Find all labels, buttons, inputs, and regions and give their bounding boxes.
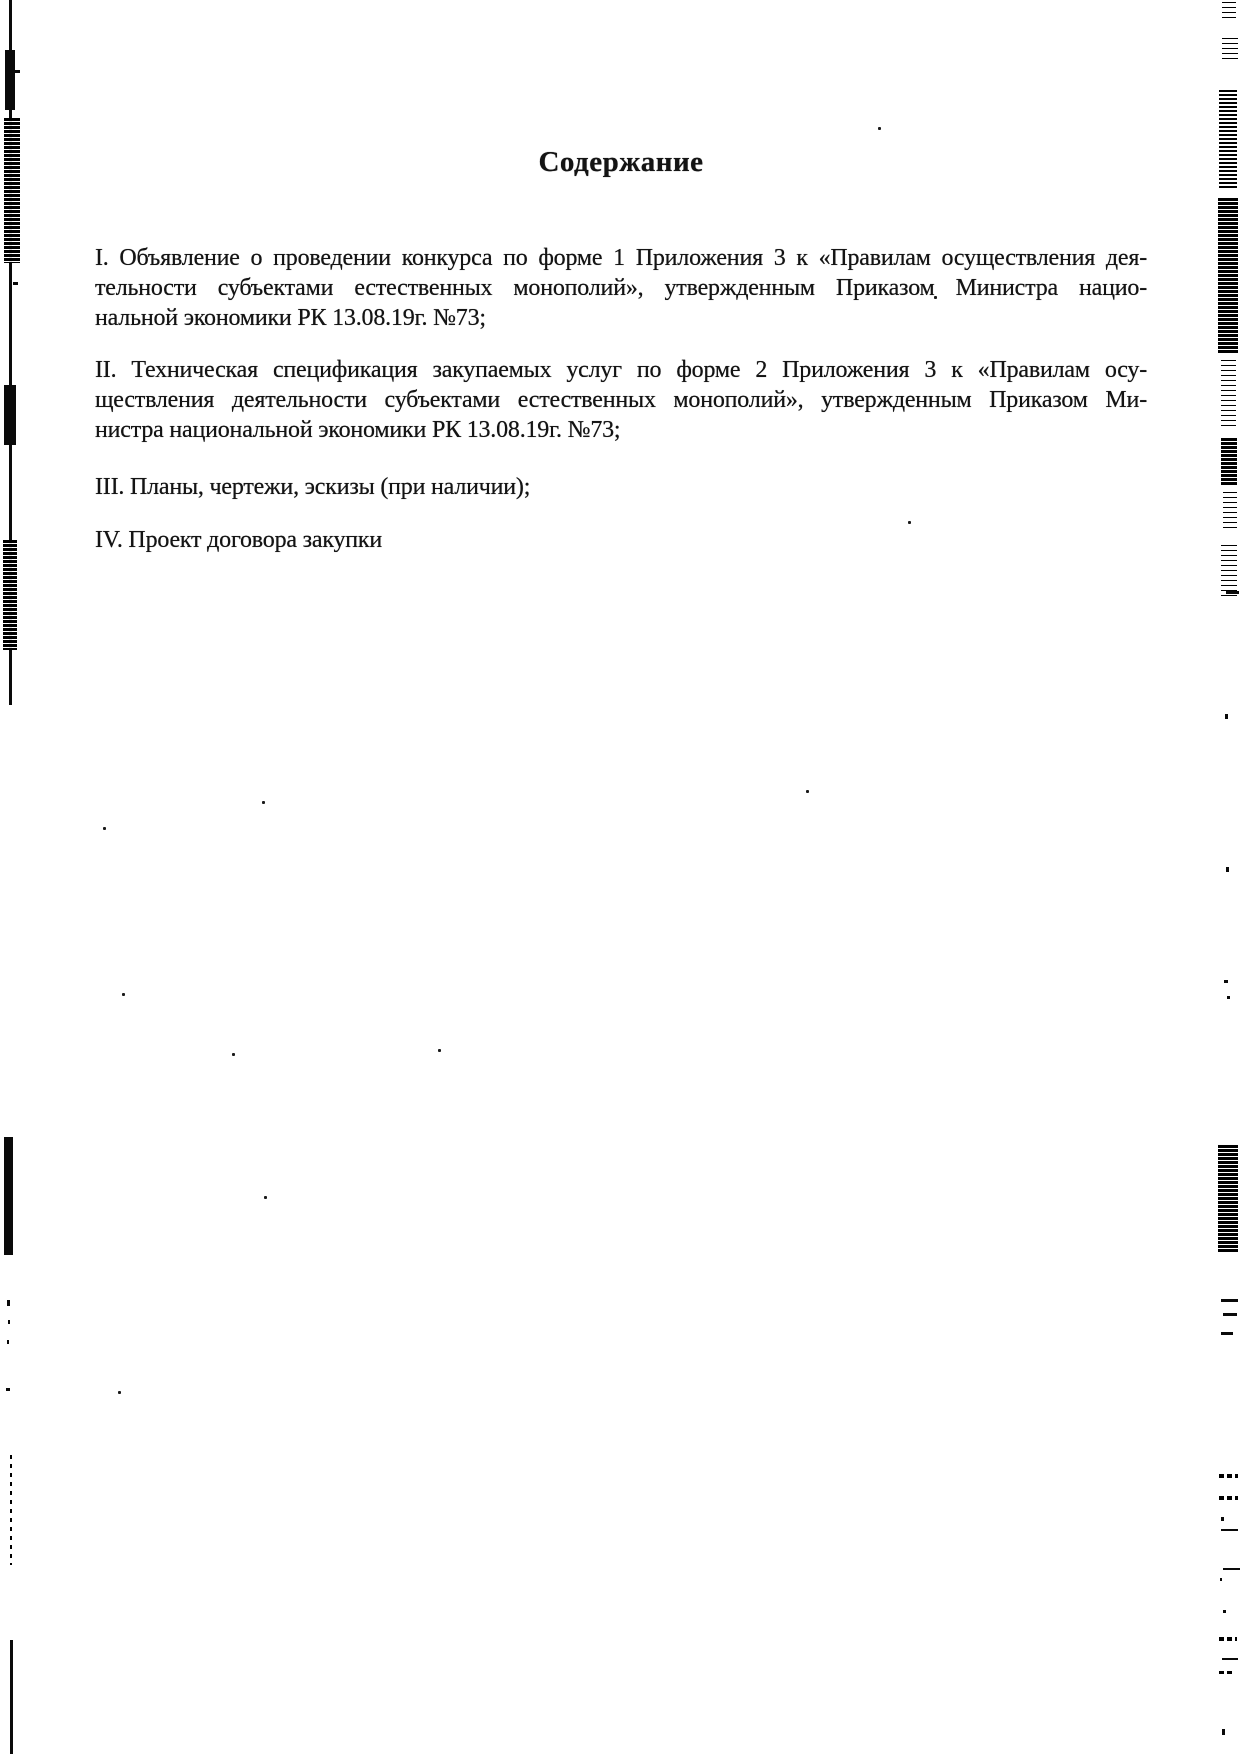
toc-item-1-line-3: нальной экономики РК 13.08.19г. №73; bbox=[95, 303, 1147, 333]
scan-artifact-dot bbox=[1222, 1729, 1225, 1735]
scan-artifact-left-blob bbox=[4, 385, 16, 445]
scan-artifact-right-barcode-large bbox=[1218, 1145, 1238, 1253]
scan-artifact-left-blob bbox=[5, 50, 15, 110]
toc-item-3: III. Планы, чертежи, эскизы (при наличии… bbox=[95, 472, 1147, 502]
scan-artifact-left-dashed-line bbox=[10, 1455, 12, 1565]
scan-artifact-dash bbox=[1221, 1332, 1233, 1335]
toc-item-4: IV. Проект договора закупки bbox=[95, 525, 1147, 555]
toc-item-3-line-1: III. Планы, чертежи, эскизы (при наличии… bbox=[95, 472, 1147, 502]
page-title: Содержание bbox=[95, 146, 1147, 179]
scan-artifact-dash-row bbox=[1219, 1474, 1238, 1478]
scan-artifact-dot bbox=[1227, 996, 1230, 999]
scan-speck bbox=[262, 801, 265, 804]
scan-artifact-dash bbox=[1221, 1299, 1238, 1302]
scan-artifact-dash bbox=[1222, 1658, 1238, 1660]
scan-artifact-dash bbox=[1223, 1313, 1237, 1316]
scan-speck bbox=[806, 790, 809, 793]
toc-item-1-line-2: тельности субъектами естественных монопо… bbox=[95, 273, 1147, 303]
scan-speck bbox=[264, 1196, 267, 1199]
scan-artifact-right-barcode bbox=[1218, 198, 1238, 353]
scan-artifact-dot bbox=[1223, 1610, 1226, 1613]
scan-artifact-right-stripes bbox=[1222, 38, 1238, 60]
scan-artifact-dot bbox=[6, 1388, 10, 1391]
scan-artifact-dash-row bbox=[1219, 1637, 1237, 1641]
toc-item-1-line-1: I. Объявление о проведении конкурса по ф… bbox=[95, 243, 1147, 273]
scan-artifact-dot bbox=[7, 1300, 10, 1306]
toc-item-2-line-3: нистра национальной экономики РК 13.08.1… bbox=[95, 415, 1147, 445]
scan-artifact-dash bbox=[1221, 1529, 1238, 1531]
scan-artifact-left-bar bbox=[4, 1137, 13, 1255]
scan-speck bbox=[438, 1049, 441, 1052]
scan-speck bbox=[103, 827, 106, 830]
scan-speck bbox=[122, 993, 125, 996]
scan-artifact-dot bbox=[8, 1320, 10, 1324]
scan-artifact-dot bbox=[1220, 1578, 1222, 1581]
scan-artifact-right-stripes bbox=[1222, 2, 1236, 22]
scan-speck bbox=[908, 521, 911, 524]
scan-artifact-dot bbox=[7, 1340, 9, 1344]
scan-artifact-left-line-bottom bbox=[10, 1640, 13, 1754]
scan-artifact-right-stripes bbox=[1223, 492, 1237, 532]
scan-artifact-left-blob bbox=[3, 540, 17, 650]
scan-artifact-dash bbox=[1226, 591, 1239, 594]
scan-artifact-right-barcode bbox=[1221, 438, 1237, 486]
scan-speck bbox=[878, 127, 881, 130]
scan-artifact-tick bbox=[13, 282, 18, 285]
scanned-document-page: Содержание I. Объявление о проведении ко… bbox=[0, 0, 1240, 1754]
scan-speck bbox=[934, 296, 937, 299]
scan-artifact-right-stripes bbox=[1219, 90, 1237, 190]
toc-item-2-line-2: ществления деятельности субъектами естес… bbox=[95, 385, 1147, 415]
scan-artifact-left-blob bbox=[4, 118, 20, 263]
toc-item-1: I. Объявление о проведении конкурса по ф… bbox=[95, 243, 1147, 333]
scan-artifact-tick bbox=[14, 70, 20, 73]
scan-artifact-right-stripes bbox=[1221, 360, 1236, 430]
scan-artifact-dash-row bbox=[1219, 1671, 1233, 1674]
scan-artifact-dot bbox=[1225, 714, 1228, 719]
scan-speck bbox=[232, 1053, 235, 1056]
scan-artifact-dot bbox=[1221, 1517, 1224, 1521]
scan-artifact-dash bbox=[1223, 1568, 1240, 1570]
toc-item-2-line-1: II. Техническая спецификация закупаемых … bbox=[95, 355, 1147, 385]
toc-item-4-line-1: IV. Проект договора закупки bbox=[95, 525, 1147, 555]
scan-artifact-dot bbox=[1226, 867, 1229, 872]
scan-artifact-dash-row bbox=[1219, 1496, 1238, 1500]
scan-artifact-dot bbox=[1224, 980, 1228, 983]
scan-speck bbox=[118, 1391, 121, 1394]
toc-item-2: II. Техническая спецификация закупаемых … bbox=[95, 355, 1147, 445]
